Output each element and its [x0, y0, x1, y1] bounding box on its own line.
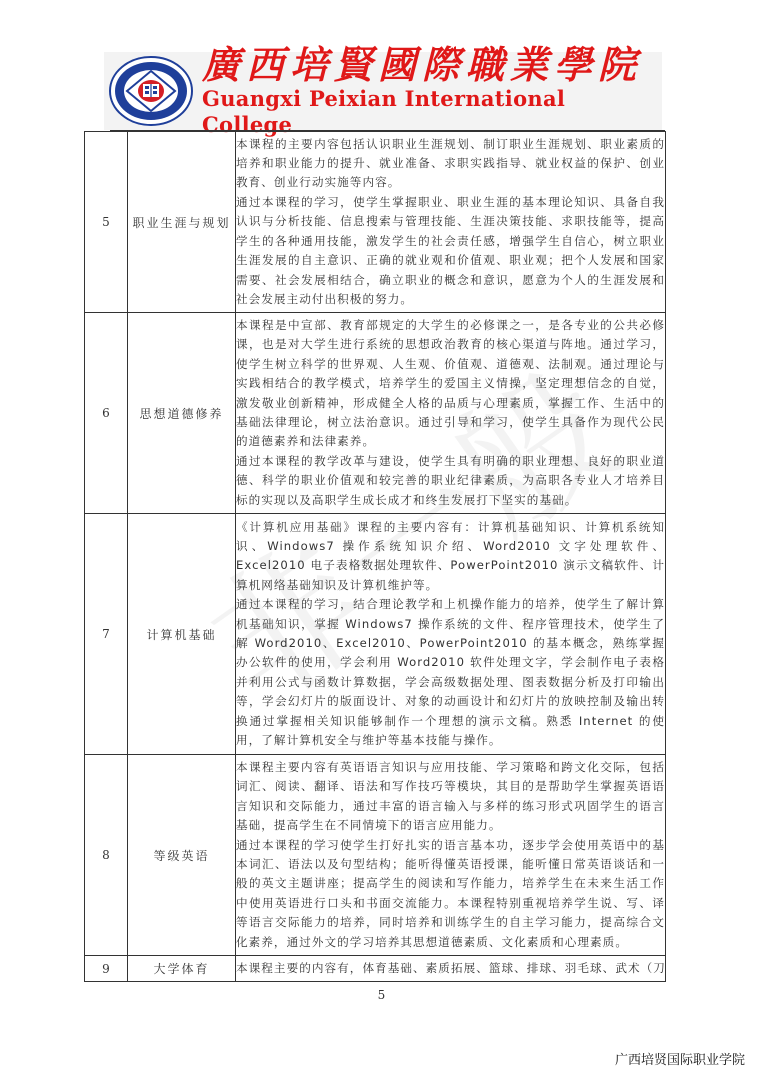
course-table: 5 职业生涯与规划 本课程的主要内容包括认识职业生涯规划、制订职业生涯规划、职业… [84, 131, 666, 982]
course-number: 9 [85, 956, 128, 982]
college-name-chinese: 廣西培賢國際職業學院 [202, 44, 642, 86]
college-emblem-icon [108, 55, 194, 127]
course-number: 7 [85, 514, 128, 755]
course-description: 本课程的主要内容包括认识职业生涯规划、制订职业生涯规划、职业素质的培养和职业能力… [236, 132, 666, 313]
description-paragraph: 通过本课程的学习，结合理论教学和上机操作能力的培养，使学生了解计算机基础知识，掌… [236, 595, 665, 750]
footer-organization: 广西培贤国际职业学院 [615, 1049, 745, 1068]
description-paragraph: 通过本课程的学习使学生打好扎实的语言基本功，逐步学会使用英语中的基本词汇、语法以… [236, 836, 665, 952]
course-name: 大学体育 [128, 956, 236, 982]
description-paragraph: 本课程的主要内容包括认识职业生涯规划、制订职业生涯规划、职业素质的培养和职业能力… [236, 135, 665, 193]
table-row: 6 思想道德修养 本课程是中宣部、教育部规定的大学生的必修课之一，是各专业的公共… [85, 313, 666, 514]
table-row: 5 职业生涯与规划 本课程的主要内容包括认识职业生涯规划、制订职业生涯规划、职业… [85, 132, 666, 313]
course-number: 8 [85, 755, 128, 956]
course-description: 《计算机应用基础》课程的主要内容有：计算机基础知识、计算机系统知识、Window… [236, 514, 666, 755]
course-description: 本课程主要的内容有，体育基础、素质拓展、篮球、排球、羽毛球、武术（刀 [236, 956, 666, 982]
description-paragraph: 《计算机应用基础》课程的主要内容有：计算机基础知识、计算机系统知识、Window… [236, 518, 665, 596]
course-description: 本课程主要内容有英语语言知识与应用技能、学习策略和跨文化交际，包括词汇、阅读、翻… [236, 755, 666, 956]
course-name: 计算机基础 [128, 514, 236, 755]
college-banner: 廣西培賢國際職業學院 Guangxi Peixian International… [104, 52, 662, 130]
course-name: 职业生涯与规划 [128, 132, 236, 313]
table-row: 7 计算机基础 《计算机应用基础》课程的主要内容有：计算机基础知识、计算机系统知… [85, 514, 666, 755]
course-number: 6 [85, 313, 128, 514]
page-number: 5 [0, 988, 763, 1002]
course-name: 思想道德修养 [128, 313, 236, 514]
description-paragraph: 本课程主要内容有英语语言知识与应用技能、学习策略和跨文化交际，包括词汇、阅读、翻… [236, 758, 665, 836]
course-number: 5 [85, 132, 128, 313]
description-paragraph: 通过本课程的学习，使学生掌握职业、职业生涯的基本理论知识、具备自我认识与分析技能… [236, 193, 665, 309]
course-description: 本课程是中宣部、教育部规定的大学生的必修课之一，是各专业的公共必修课，也是对大学… [236, 313, 666, 514]
table-row: 9 大学体育 本课程主要的内容有，体育基础、素质拓展、篮球、排球、羽毛球、武术（… [85, 956, 666, 982]
description-paragraph: 本课程主要的内容有，体育基础、素质拓展、篮球、排球、羽毛球、武术（刀 [236, 959, 665, 978]
table-row: 8 等级英语 本课程主要内容有英语语言知识与应用技能、学习策略和跨文化交际，包括… [85, 755, 666, 956]
course-name: 等级英语 [128, 755, 236, 956]
description-paragraph: 通过本课程的教学改革与建设，使学生具有明确的职业理想、良好的职业道德、科学的职业… [236, 452, 665, 510]
description-paragraph: 本课程是中宣部、教育部规定的大学生的必修课之一，是各专业的公共必修课，也是对大学… [236, 316, 665, 452]
